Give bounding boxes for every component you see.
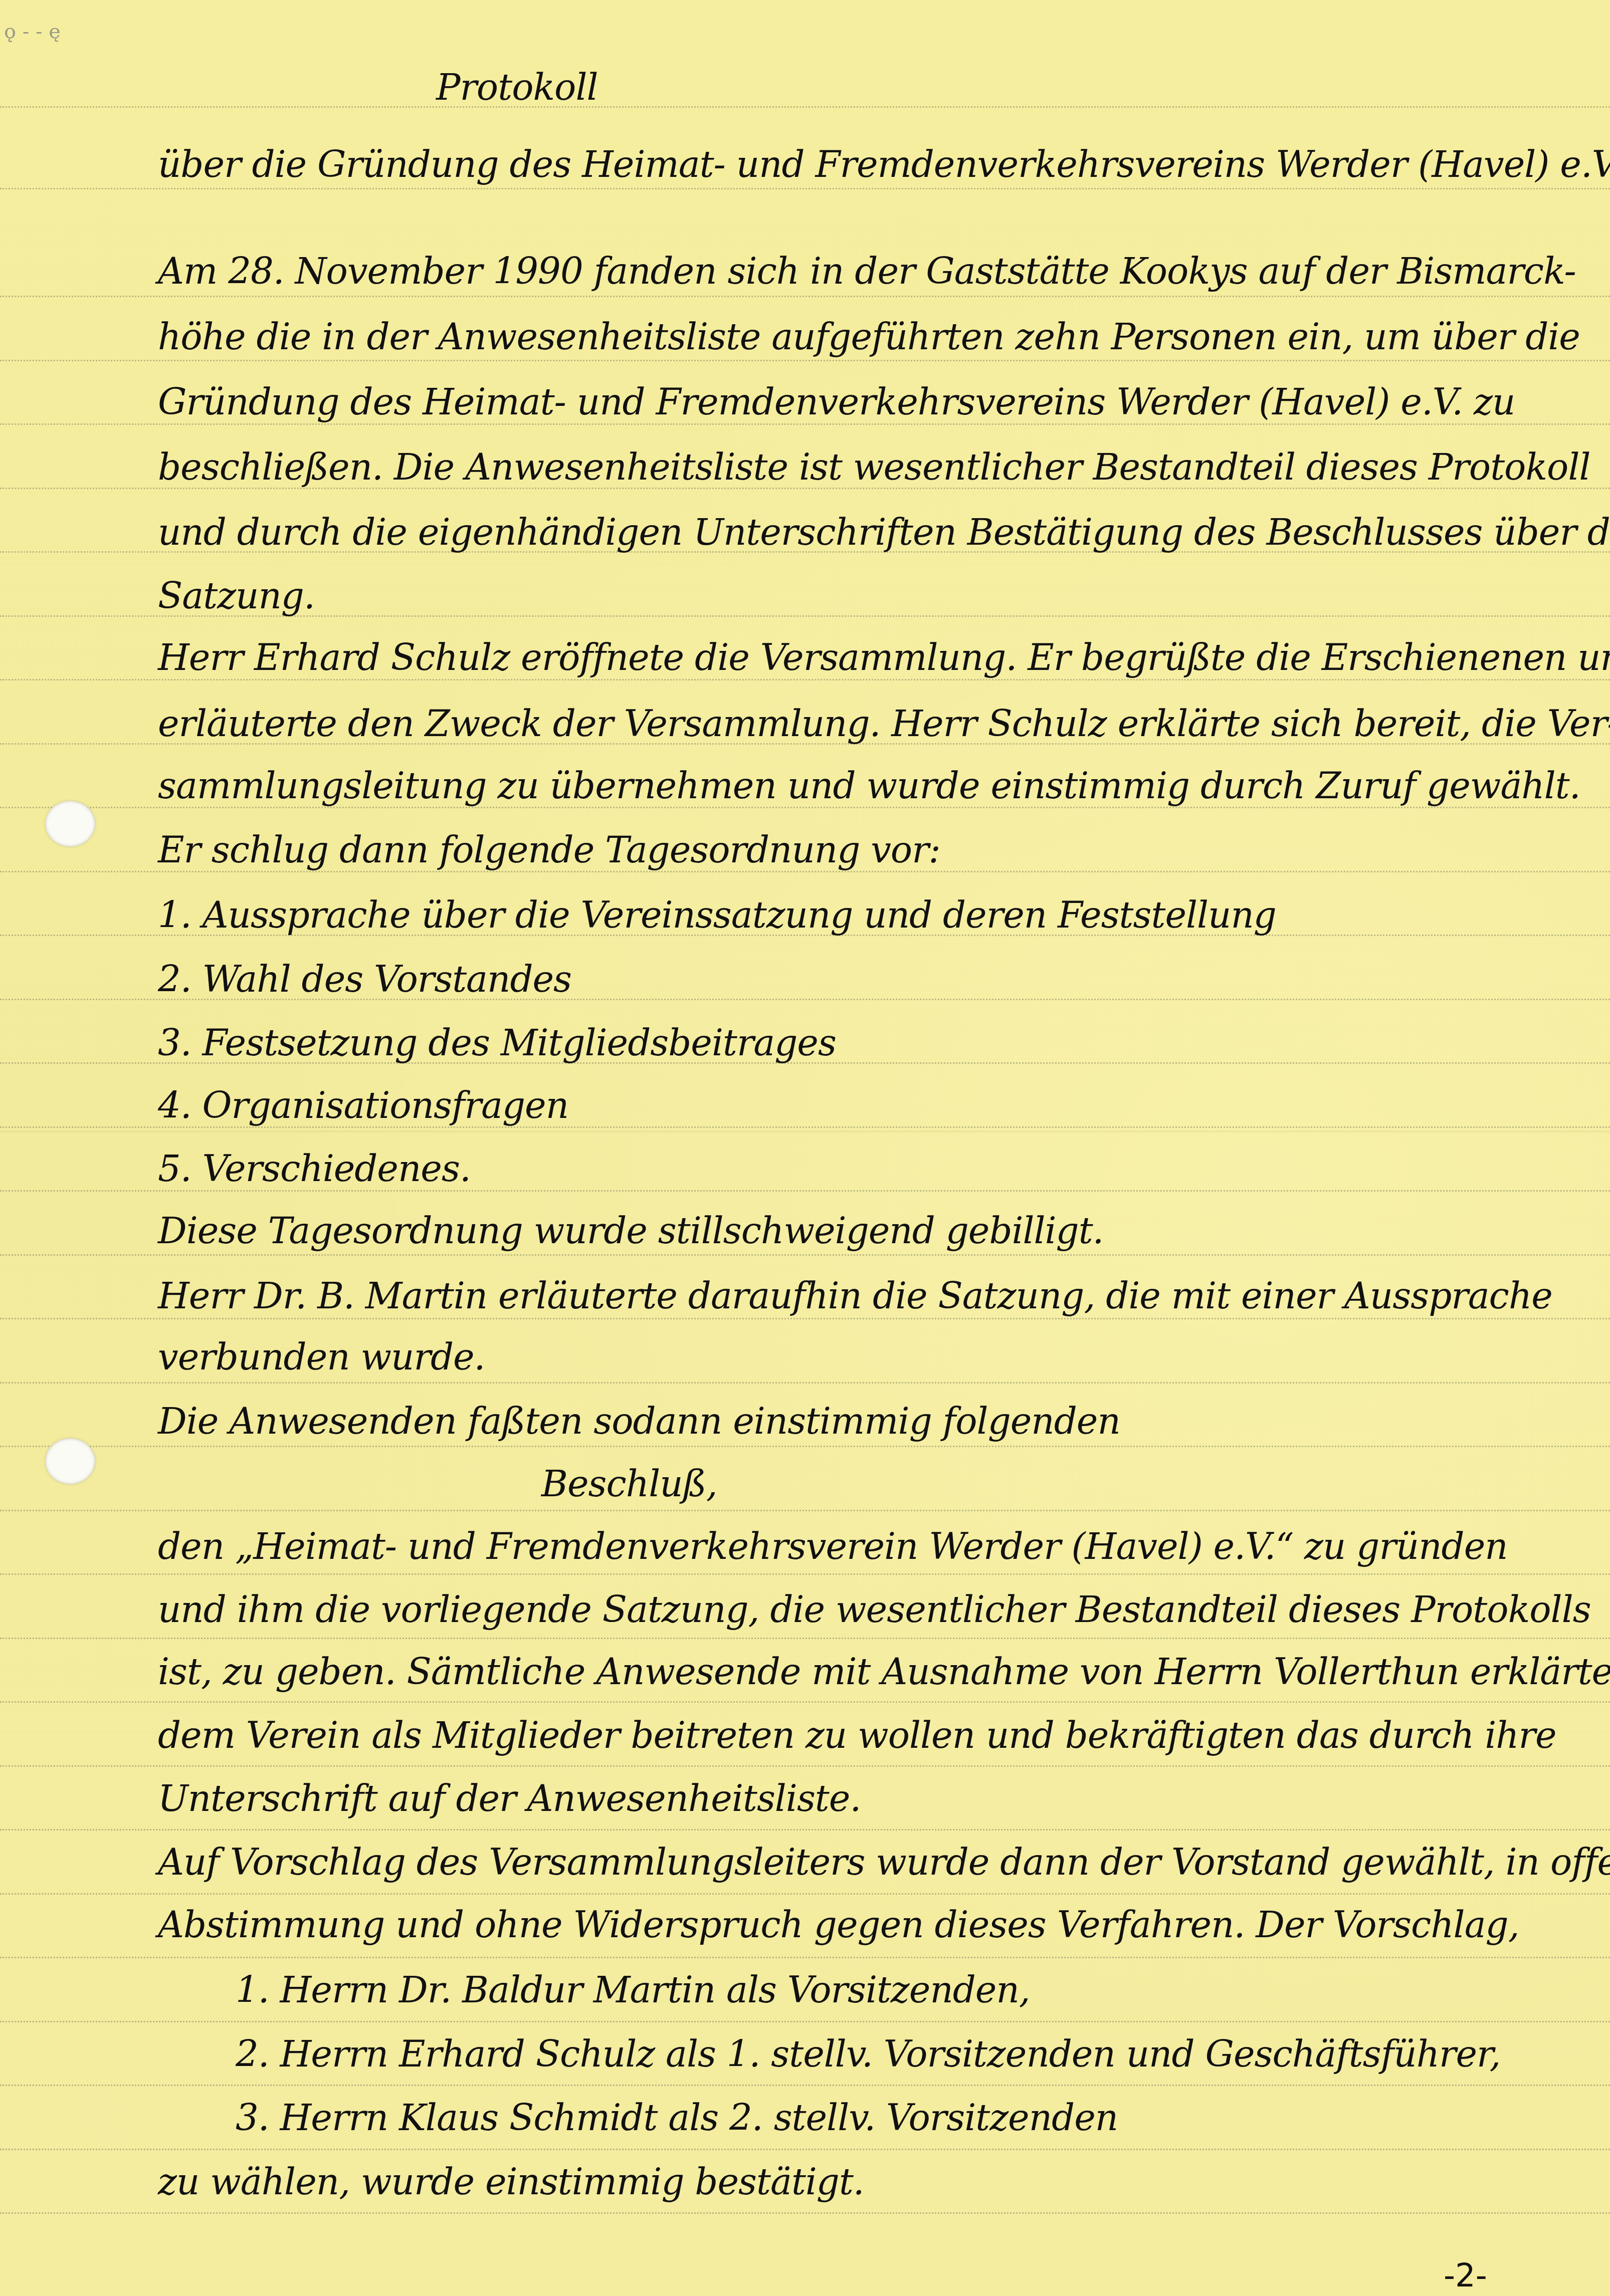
ruled-line	[0, 2085, 1610, 2086]
ruled-line	[0, 106, 1610, 108]
text-line: zu wählen, wurde einstimmig bestätigt.	[158, 2164, 864, 2200]
text-line: 1. Herrn Dr. Baldur Martin als Vorsitzen…	[236, 1972, 1030, 2008]
punch-hole-lower	[45, 1438, 95, 1484]
text-line: Satzung.	[158, 578, 315, 614]
text-line: Unterschrift auf der Anwesenheitsliste.	[158, 1780, 861, 1816]
ruled-line	[0, 1893, 1610, 1895]
text-line: und ihm die vorliegende Satzung, die wes…	[158, 1591, 1591, 1628]
ruled-line	[0, 2149, 1610, 2150]
text-line: dem Verein als Mitglieder beitreten zu w…	[158, 1717, 1556, 1753]
text-line: Auf Vorschlag des Versammlungsleiters wu…	[158, 1844, 1610, 1880]
ruled-line	[0, 679, 1610, 680]
ruled-line	[0, 1190, 1610, 1192]
text-line: 3. Herrn Klaus Schmidt als 2. stellv. Vo…	[236, 2100, 1118, 2136]
ruled-line	[0, 1382, 1610, 1384]
text-line: verbunden wurde.	[158, 1339, 485, 1375]
text-line: 2. Herrn Erhard Schulz als 1. stellv. Vo…	[236, 2036, 1501, 2072]
text-line: Am 28. November 1990 fanden sich in der …	[158, 253, 1576, 289]
text-line: und durch die eigenhändigen Unterschrift…	[158, 514, 1610, 550]
ruled-line	[0, 1446, 1610, 1447]
ruled-line	[0, 360, 1610, 361]
text-line: erläuterte den Zweck der Versammlung. He…	[158, 706, 1610, 742]
ruled-line	[0, 807, 1610, 808]
text-line: 3. Festsetzung des Mitgliedsbeitrages	[158, 1025, 836, 1061]
ruled-line	[0, 1573, 1610, 1575]
ruled-line	[0, 423, 1610, 425]
text-line: beschließen. Die Anwesenheitsliste ist w…	[158, 449, 1590, 485]
ruled-line	[0, 2021, 1610, 2022]
document-title: Protokoll	[436, 69, 598, 105]
text-line: Abstimmung und ohne Widerspruch gegen di…	[158, 1907, 1519, 1943]
text-line: Herr Dr. B. Martin erläuterte daraufhin …	[158, 1278, 1552, 1314]
ruled-line	[0, 2212, 1610, 2214]
text-line: Herr Erhard Schulz eröffnete die Versamm…	[158, 639, 1610, 675]
text-line: Die Anwesenden faßten sodann einstimmig …	[158, 1403, 1120, 1439]
text-line: Diese Tagesordnung wurde stillschweigend…	[158, 1213, 1104, 1249]
document-subtitle: über die Gründung des Heimat- und Fremde…	[158, 146, 1610, 182]
ruled-line	[0, 1510, 1610, 1511]
text-line: Beschluß,	[541, 1466, 717, 1502]
ruled-line	[0, 1957, 1610, 1958]
text-line: 1. Aussprache über die Vereinssatzung un…	[158, 897, 1276, 933]
text-line: sammlungsleitung zu übernehmen und wurde…	[158, 768, 1580, 804]
text-line: Gründung des Heimat- und Fremdenverkehrs…	[158, 384, 1515, 420]
corner-mark: ǫ - - ę	[4, 20, 61, 43]
text-line: den „Heimat- und Fremdenverkehrsverein W…	[158, 1528, 1508, 1564]
text-line: 4. Organisationsfragen	[158, 1087, 568, 1123]
ruled-line	[0, 1701, 1610, 1703]
ruled-line	[0, 296, 1610, 297]
ruled-line	[0, 1254, 1610, 1256]
ruled-line	[0, 1765, 1610, 1767]
punch-hole-upper	[45, 801, 95, 847]
ruled-line	[0, 1318, 1610, 1319]
page-number: -2-	[1444, 2257, 1487, 2294]
text-line: höhe die in der Anwesenheitsliste aufgef…	[158, 319, 1580, 355]
text-line: 5. Verschiedenes.	[158, 1151, 471, 1187]
paper-fold	[0, 1130, 1610, 1133]
text-line: 2. Wahl des Vorstandes	[158, 961, 571, 997]
text-line: Er schlug dann folgende Tagesordnung vor…	[158, 832, 940, 868]
ruled-line	[0, 1126, 1610, 1128]
ruled-line	[0, 188, 1610, 189]
ruled-line	[0, 1829, 1610, 1830]
ruled-line	[0, 1638, 1610, 1639]
ruled-line	[0, 871, 1610, 872]
text-line: ist, zu geben. Sämtliche Anwesende mit A…	[158, 1654, 1610, 1690]
